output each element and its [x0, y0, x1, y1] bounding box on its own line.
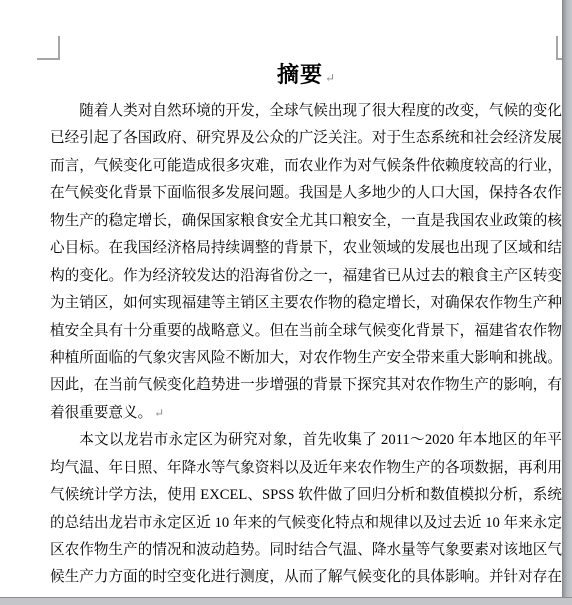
- text-line[interactable]: 植安全具有十分重要的战略意义。但在当前全球气候变化背景下，福建省农作物: [50, 318, 562, 345]
- text-line[interactable]: 物生产的稳定增长，确保国家粮食安全尤其口粮安全，一直是我国农业政策的核: [50, 208, 562, 235]
- text-line[interactable]: 随着人类对自然环境的开发，全球气候出现了很大程度的改变，气候的变化: [50, 98, 562, 125]
- text-line[interactable]: 均气温、年日照、年降水等气象资料以及近年来农作物生产的各项数据，再利用: [50, 455, 562, 482]
- margin-crop-mark-top-left-vertical: [58, 36, 60, 60]
- text-line[interactable]: 已经引起了各国政府、研究界及公众的广泛关注。对于生态系统和社会经济发展: [50, 125, 562, 152]
- text-line[interactable]: 种植所面临的气象灾害风险不断加大，对农作物生产安全带来重大影响和挑战。: [50, 345, 562, 372]
- page-edge-right: [562, 0, 572, 605]
- text-line[interactable]: 气候统计学方法，使用 EXCEL、SPSS 软件做了回归分析和数值模拟分析，系统: [50, 482, 562, 509]
- abstract-heading-text: 摘要: [277, 62, 323, 87]
- text-line[interactable]: 因此，在当前气候变化趋势进一步增强的背景下探究其对农作物生产的影响，有: [50, 372, 562, 399]
- paragraph-mark-icon: ↵: [154, 406, 164, 420]
- document-page: 摘要↵ 随着人类对自然环境的开发，全球气候出现了很大程度的改变，气候的变化已经引…: [0, 0, 572, 605]
- text-line[interactable]: 着很重要意义。↵: [50, 400, 562, 427]
- text-line[interactable]: 而言，气候变化可能造成很多灾难，而农业作为对气候条件依赖度较高的行业，: [50, 153, 562, 180]
- abstract-heading: 摘要↵: [50, 60, 562, 93]
- text-line[interactable]: 候生产力方面的时空变化进行测度，从而了解气候变化的具体影响。并针对存在: [50, 564, 562, 591]
- text-line[interactable]: 心目标。在我国经济格局持续调整的背景下，农业领域的发展也出现了区域和结: [50, 235, 562, 262]
- text-line[interactable]: 区农作物生产的情况和波动趋势。同时结合气温、降水量等气象要素对该地区气: [50, 537, 562, 564]
- text-line[interactable]: 的总结出龙岩市永定区近 10 年来的气候变化特点和规律以及过去近 10 年来永定: [50, 510, 562, 537]
- margin-crop-mark-top-right-vertical: [556, 36, 558, 60]
- text-line[interactable]: 在气候变化背景下面临很多发展问题。我国是人多地少的人口大国，保持各农作: [50, 180, 562, 207]
- text-line[interactable]: 构的变化。作为经济较发达的沿海省份之一，福建省已从过去的粮食主产区转变: [50, 263, 562, 290]
- text-line[interactable]: 为主销区，如何实现福建等主销区主要农作物的稳定增长，对确保农作物生产种: [50, 290, 562, 317]
- document-body[interactable]: 随着人类对自然环境的开发，全球气候出现了很大程度的改变，气候的变化已经引起了各国…: [50, 98, 562, 592]
- paragraph-mark-icon: ↵: [325, 71, 335, 85]
- text-line[interactable]: 本文以龙岩市永定区为研究对象，首先收集了 2011～2020 年本地区的年平: [50, 427, 562, 454]
- page-edge-bottom: [0, 597, 572, 605]
